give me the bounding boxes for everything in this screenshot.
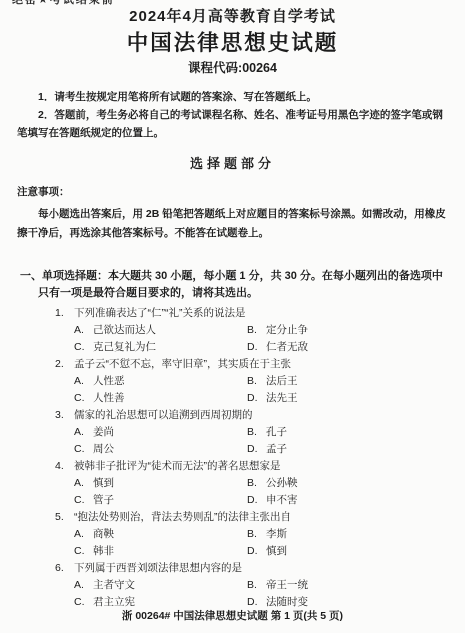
option-text: 克己复礼为仁 <box>93 341 156 353</box>
option-text: 商鞅 <box>93 528 114 540</box>
option-b: B.李斯 <box>247 526 448 543</box>
option-a: A.主者守文 <box>74 577 247 594</box>
question-number: 4. <box>55 458 74 475</box>
option-a: A.商鞅 <box>74 526 247 543</box>
option-text: 孔子 <box>266 426 287 438</box>
option-text: 慎到 <box>93 477 114 489</box>
question-stem-text: 下列准确表达了“仁”“礼”关系的说法是 <box>74 307 246 319</box>
option-text: 孟子 <box>266 443 287 455</box>
page-footer: 浙 00264# 中国法律思想史试题 第 1 页(共 5 页) <box>0 609 465 623</box>
question-5: 5.“抱法处势则治，背法去势则乱”的法律主张出自 A.商鞅 B.李斯 C.韩非 … <box>17 509 448 560</box>
options-grid: A.人性恶 B.法后王 C.人性善 D.法先王 <box>74 373 448 407</box>
security-classification-clipped-text: 绝密★考试结束前 <box>12 0 115 9</box>
option-text: 主者守文 <box>93 579 135 591</box>
option-label: B. <box>247 322 266 339</box>
option-label: B. <box>247 424 266 441</box>
option-text: 人性恶 <box>93 375 125 387</box>
question-stem-text: 下列属于西晋刘颂法律思想内容的是 <box>74 562 242 574</box>
option-d: D.孟子 <box>247 441 448 458</box>
option-a: A.人性恶 <box>74 373 247 390</box>
exam-session-title: 2024年4月高等教育自学考试 <box>17 7 448 27</box>
exam-paper-page: 绝密★考试结束前 2024年4月高等教育自学考试 中国法律思想史试题 课程代码:… <box>0 0 465 633</box>
question-6: 6.下列属于西晋刘颂法律思想内容的是 A.主者守文 B.帝王一统 C.君主立宪 … <box>17 560 448 611</box>
option-label: A. <box>74 577 93 594</box>
option-text: 法随时变 <box>266 596 308 608</box>
option-label: B. <box>247 577 266 594</box>
question-number: 6. <box>55 560 74 577</box>
question-stem: 6.下列属于西晋刘颂法律思想内容的是 <box>17 560 448 577</box>
question-stem: 5.“抱法处势则治，背法去势则乱”的法律主张出自 <box>17 509 448 526</box>
question-stem-text: 被韩非子批评为“徒术而无法”的著名思想家是 <box>74 460 281 472</box>
notice-block: 注意事项： 每小题选出答案后，用 2B 铅笔把答题纸上对应题目的答案标号涂黑。如… <box>17 185 448 243</box>
paper-title: 中国法律思想史试题 <box>17 29 448 57</box>
option-label: D. <box>247 390 266 407</box>
question-stem: 1.下列准确表达了“仁”“礼”关系的说法是 <box>17 305 448 322</box>
option-text: 法先王 <box>266 392 298 404</box>
part-one-label: 一、 <box>20 270 42 282</box>
option-text: 仁者无敌 <box>266 341 308 353</box>
question-stem-text: “抱法处势则治，背法去势则乱”的法律主张出自 <box>74 511 291 523</box>
question-number: 1. <box>55 305 74 322</box>
question-stem-text: 儒家的礼治思想可以追溯到西周初期的 <box>74 409 253 421</box>
question-stem-text: 孟子云“不愆不忘，率守旧章”，其实质在于主张 <box>74 358 291 370</box>
option-label: D. <box>247 543 266 560</box>
notice-emphasis-text: 不能答在试题卷上。 <box>175 227 270 239</box>
option-text: 管子 <box>93 494 114 506</box>
options-grid: A.己欲达而达人 B.定分止争 C.克己复礼为仁 D.仁者无敌 <box>74 322 448 356</box>
question-list: 1.下列准确表达了“仁”“礼”关系的说法是 A.己欲达而达人 B.定分止争 C.… <box>17 305 448 611</box>
option-d: D.慎到 <box>247 543 448 560</box>
option-label: C. <box>74 339 93 356</box>
option-label: B. <box>247 475 266 492</box>
option-b: B.公孙鞅 <box>247 475 448 492</box>
instruction-1: 1．请考生按规定用笔将所有试题的答案涂、写在答题纸上。 <box>17 88 448 106</box>
option-text: 人性善 <box>93 392 125 404</box>
question-stem: 4.被韩非子批评为“徒术而无法”的著名思想家是 <box>17 458 448 475</box>
option-text: 法后王 <box>266 375 298 387</box>
notice-body: 每小题选出答案后，用 2B 铅笔把答题纸上对应题目的答案标号涂黑。如需改动，用橡… <box>17 205 448 243</box>
option-label: A. <box>74 526 93 543</box>
section-title: 选择题部分 <box>17 155 448 172</box>
option-label: A. <box>74 424 93 441</box>
option-label: A. <box>74 475 93 492</box>
option-label: D. <box>247 492 266 509</box>
option-text: 公孙鞅 <box>266 477 298 489</box>
option-label: C. <box>74 441 93 458</box>
question-1: 1.下列准确表达了“仁”“礼”关系的说法是 A.己欲达而达人 B.定分止争 C.… <box>17 305 448 356</box>
instruction-2: 2．答题前，考生务必将自己的考试课程名称、姓名、准考证号用黑色字迹的签字笔或钢笔… <box>17 106 448 142</box>
option-c: C.克己复礼为仁 <box>74 339 247 356</box>
option-b: B.孔子 <box>247 424 448 441</box>
option-label: C. <box>74 390 93 407</box>
option-text: 韩非 <box>93 545 114 557</box>
option-b: B.定分止争 <box>247 322 448 339</box>
option-b: B.帝王一统 <box>247 577 448 594</box>
option-d: D.申不害 <box>247 492 448 509</box>
option-label: A. <box>74 322 93 339</box>
option-text: 定分止争 <box>266 324 308 336</box>
option-label: B. <box>247 526 266 543</box>
option-label: D. <box>247 441 266 458</box>
option-text: 君主立宪 <box>93 596 135 608</box>
general-instructions: 1．请考生按规定用笔将所有试题的答案涂、写在答题纸上。 2．答题前，考生务必将自… <box>17 88 448 142</box>
option-text: 李斯 <box>266 528 287 540</box>
question-number: 5. <box>55 509 74 526</box>
options-grid: A.姜尚 B.孔子 C.周公 D.孟子 <box>74 424 448 458</box>
question-stem: 2.孟子云“不愆不忘，率守旧章”，其实质在于主张 <box>17 356 448 373</box>
question-stem: 3.儒家的礼治思想可以追溯到西周初期的 <box>17 407 448 424</box>
options-grid: A.慎到 B.公孙鞅 C.管子 D.申不害 <box>74 475 448 509</box>
option-text: 慎到 <box>266 545 287 557</box>
option-label: A. <box>74 373 93 390</box>
option-label: C. <box>74 492 93 509</box>
option-text: 己欲达而达人 <box>93 324 156 336</box>
option-d: D.法先王 <box>247 390 448 407</box>
part-one-heading: 一、单项选择题：本大题共 30 小题，每小题 1 分，共 30 分。在每小题列出… <box>20 268 448 302</box>
options-grid: A.商鞅 B.李斯 C.韩非 D.慎到 <box>74 526 448 560</box>
question-3: 3.儒家的礼治思想可以追溯到西周初期的 A.姜尚 B.孔子 C.周公 D.孟子 <box>17 407 448 458</box>
option-label: B. <box>247 373 266 390</box>
option-c: C.韩非 <box>74 543 247 560</box>
question-number: 2. <box>55 356 74 373</box>
question-number: 3. <box>55 407 74 424</box>
option-text: 姜尚 <box>93 426 114 438</box>
option-text: 帝王一统 <box>266 579 308 591</box>
option-b: B.法后王 <box>247 373 448 390</box>
question-4: 4.被韩非子批评为“徒术而无法”的著名思想家是 A.慎到 B.公孙鞅 C.管子 … <box>17 458 448 509</box>
options-grid: A.主者守文 B.帝王一统 C.君主立宪 D.法随时变 <box>74 577 448 611</box>
option-text: 周公 <box>93 443 114 455</box>
question-2: 2.孟子云“不愆不忘，率守旧章”，其实质在于主张 A.人性恶 B.法后王 C.人… <box>17 356 448 407</box>
option-a: A.姜尚 <box>74 424 247 441</box>
option-a: A.己欲达而达人 <box>74 322 247 339</box>
course-code: 课程代码:00264 <box>17 60 448 76</box>
notice-title: 注意事项： <box>17 185 448 200</box>
option-c: C.管子 <box>74 492 247 509</box>
option-c: C.人性善 <box>74 390 247 407</box>
part-one-heading-text: 单项选择题：本大题共 30 小题，每小题 1 分，共 30 分。在每小题列出的备… <box>38 270 443 299</box>
option-label: D. <box>247 339 266 356</box>
option-c: C.周公 <box>74 441 247 458</box>
option-a: A.慎到 <box>74 475 247 492</box>
option-text: 申不害 <box>266 494 298 506</box>
page-content: 2024年4月高等教育自学考试 中国法律思想史试题 课程代码:00264 1．请… <box>0 7 465 611</box>
option-label: C. <box>74 543 93 560</box>
option-d: D.仁者无敌 <box>247 339 448 356</box>
